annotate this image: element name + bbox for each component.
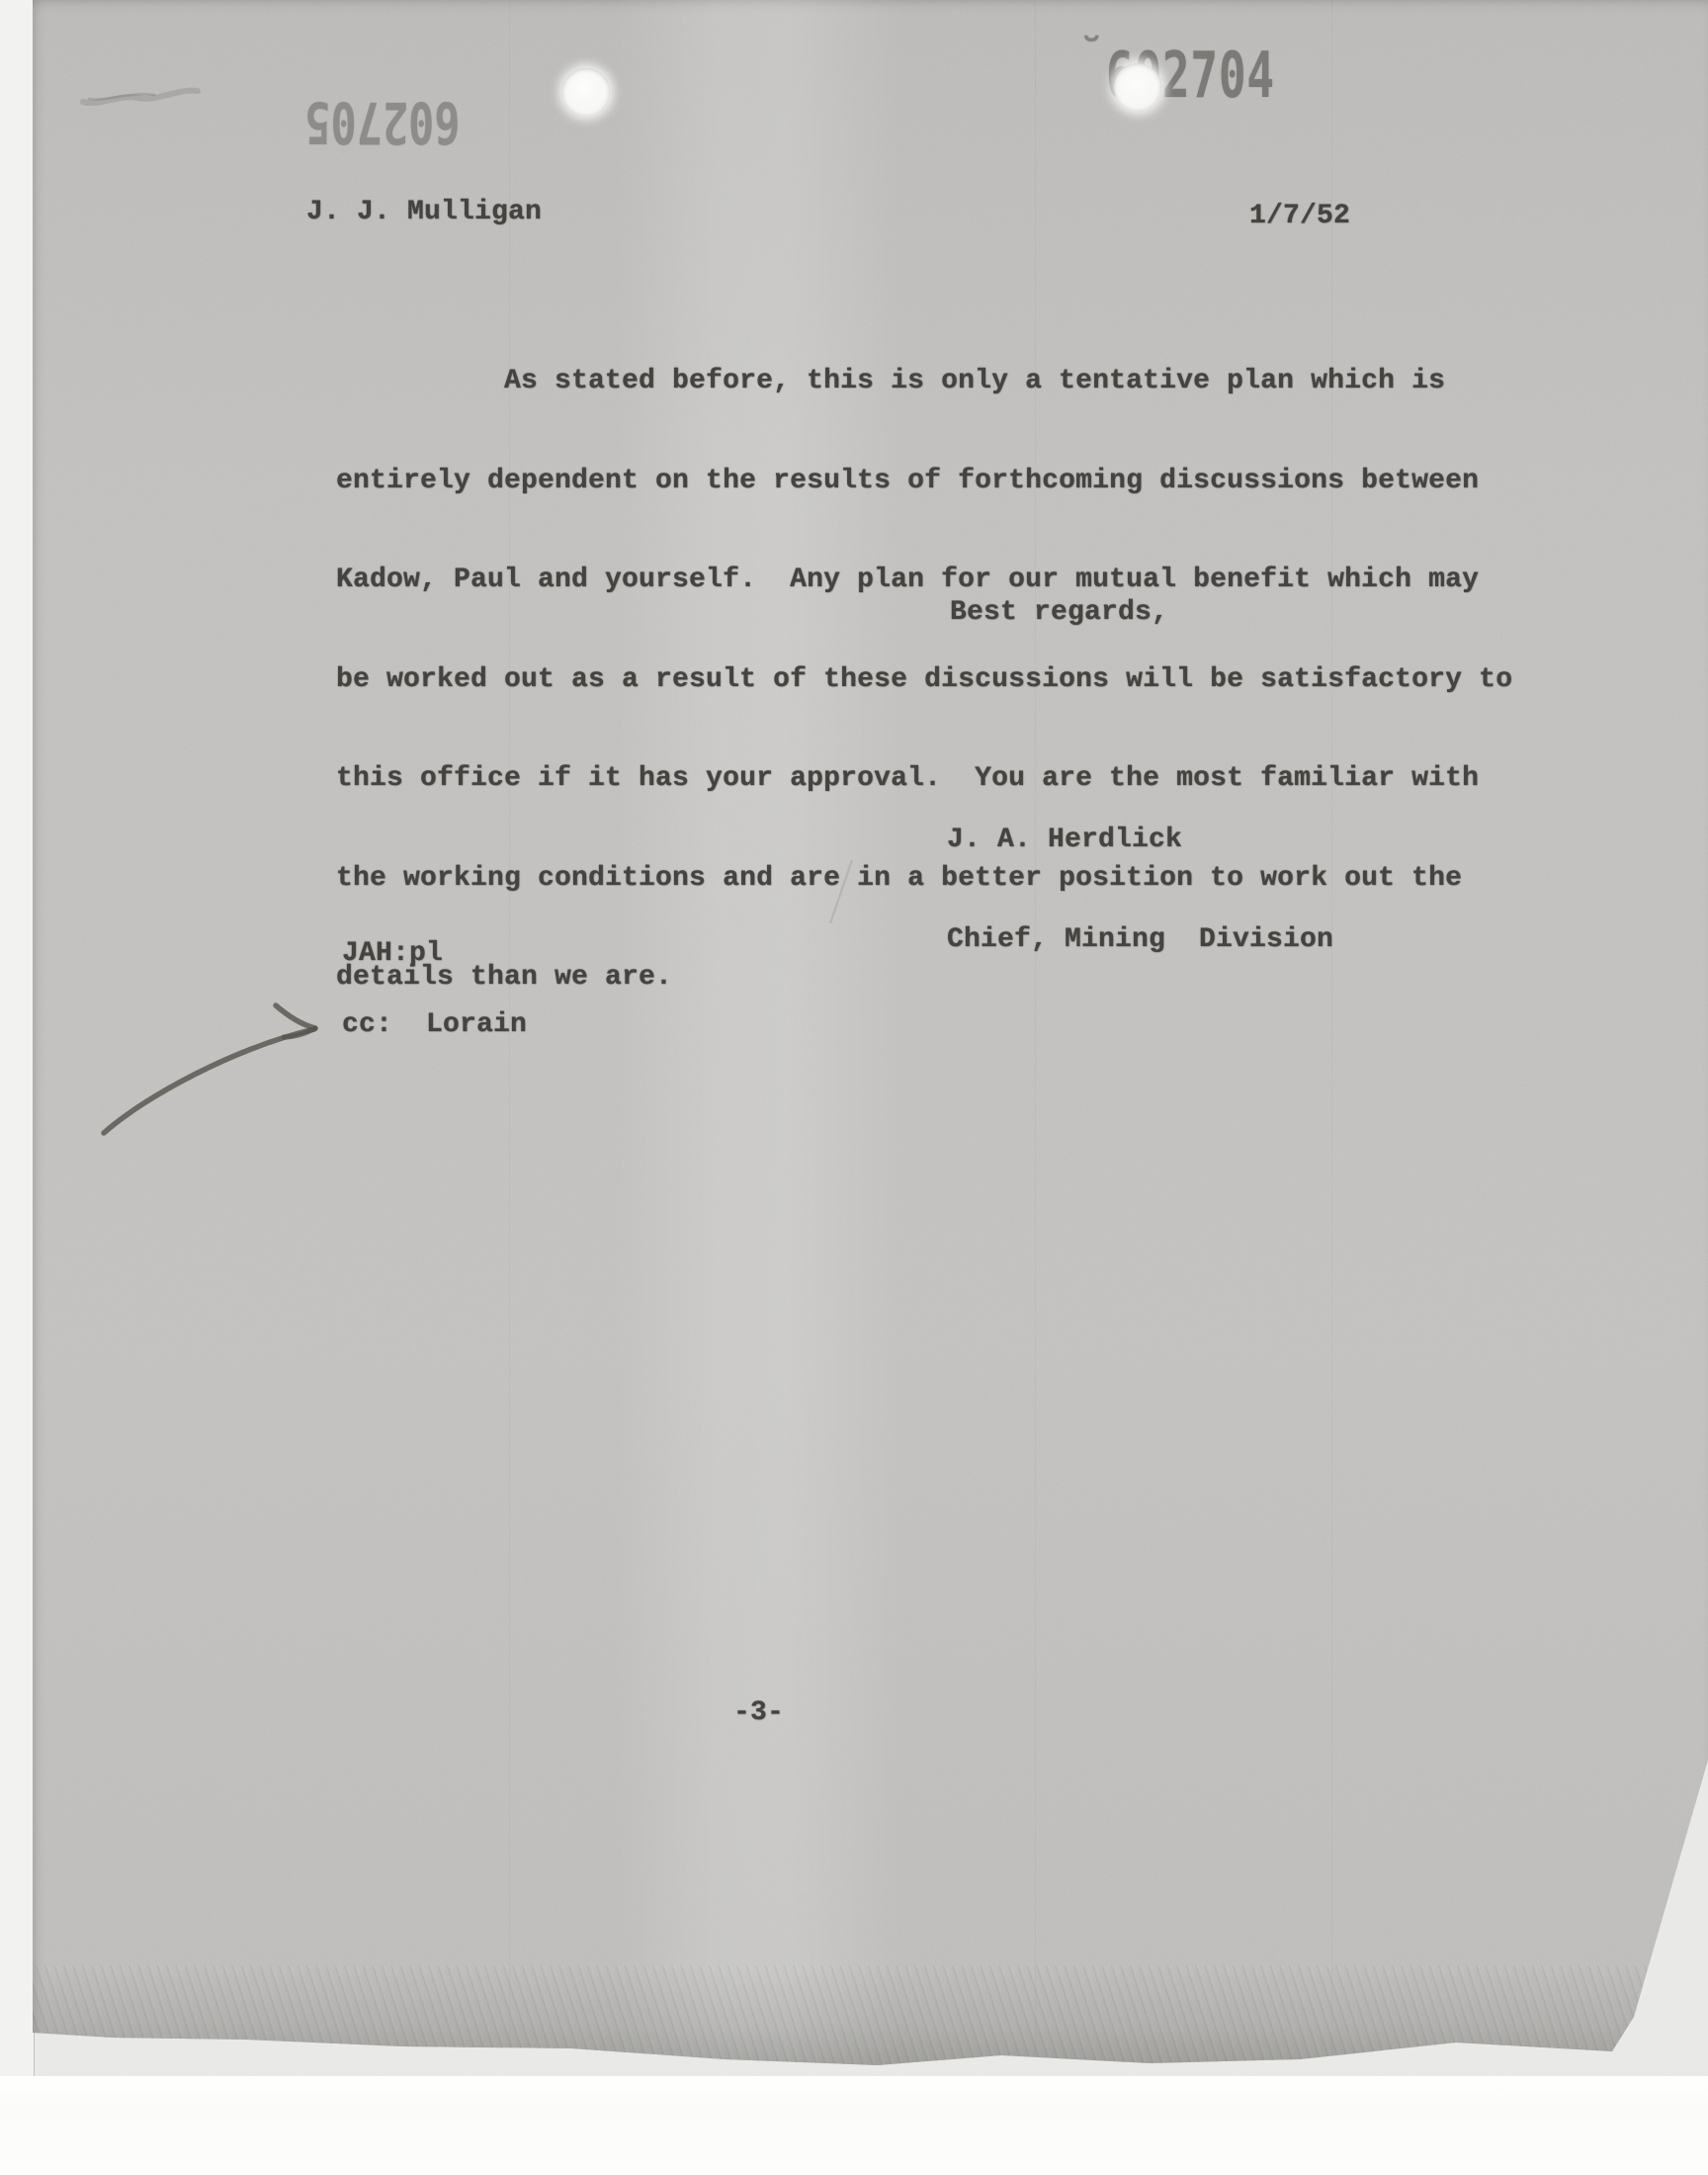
letter-date: 1/7/52 [1249,200,1350,233]
stamp-tick-mark: ˘ [1078,30,1105,80]
signature-block: J. A. Herdlick Chief, Mining Division [947,757,1333,1022]
serial-number-mirrored: 602705 [304,89,460,156]
handwritten-arrow-icon [87,985,334,1148]
letter-body-paragraph: As stated before, this is only a tentati… [336,299,1512,1061]
page-number: -3- [733,1696,784,1730]
letter-paper: 602705 ˘ 602704 J. J. Mulligan 1/7/52 As… [33,0,1708,2175]
hole-punch-icon [562,68,610,116]
signature-name: J. A. Herdlick [947,824,1333,857]
scanned-letter-page: { "page": { "kind": "Scanned typewritten… [0,0,1708,2175]
cc-line: cc: Lorain [342,1008,527,1042]
body-line: Kadow, Paul and yourself. Any plan for o… [336,564,1512,597]
hole-punch-icon [1114,63,1161,111]
reference-initials: JAH:pl [342,937,443,971]
body-line: details than we are. [336,961,1512,995]
scanner-edge-strip [0,0,35,2175]
body-line: the working conditions and are in a bett… [336,862,1512,896]
paper-bottom-edge [33,1965,1708,2074]
closing-line: Best regards, [950,596,1168,630]
signature-title: Chief, Mining Division [947,923,1333,957]
body-line: this office if it has your approval. You… [336,762,1512,796]
addressee-name: J. J. Mulligan [306,196,542,229]
scanner-white-band [0,2076,1708,2175]
body-line: entirely dependent on the results of for… [336,465,1512,498]
body-line: As stated before, this is only a tentati… [336,365,1512,398]
body-line: be worked out as a result of these discu… [336,663,1512,697]
serial-stamp-mirrored: 602705 [333,99,461,146]
pencil-smudge-mark [77,75,211,119]
scan-background: 602705 ˘ 602704 J. J. Mulligan 1/7/52 As… [0,0,1708,2175]
